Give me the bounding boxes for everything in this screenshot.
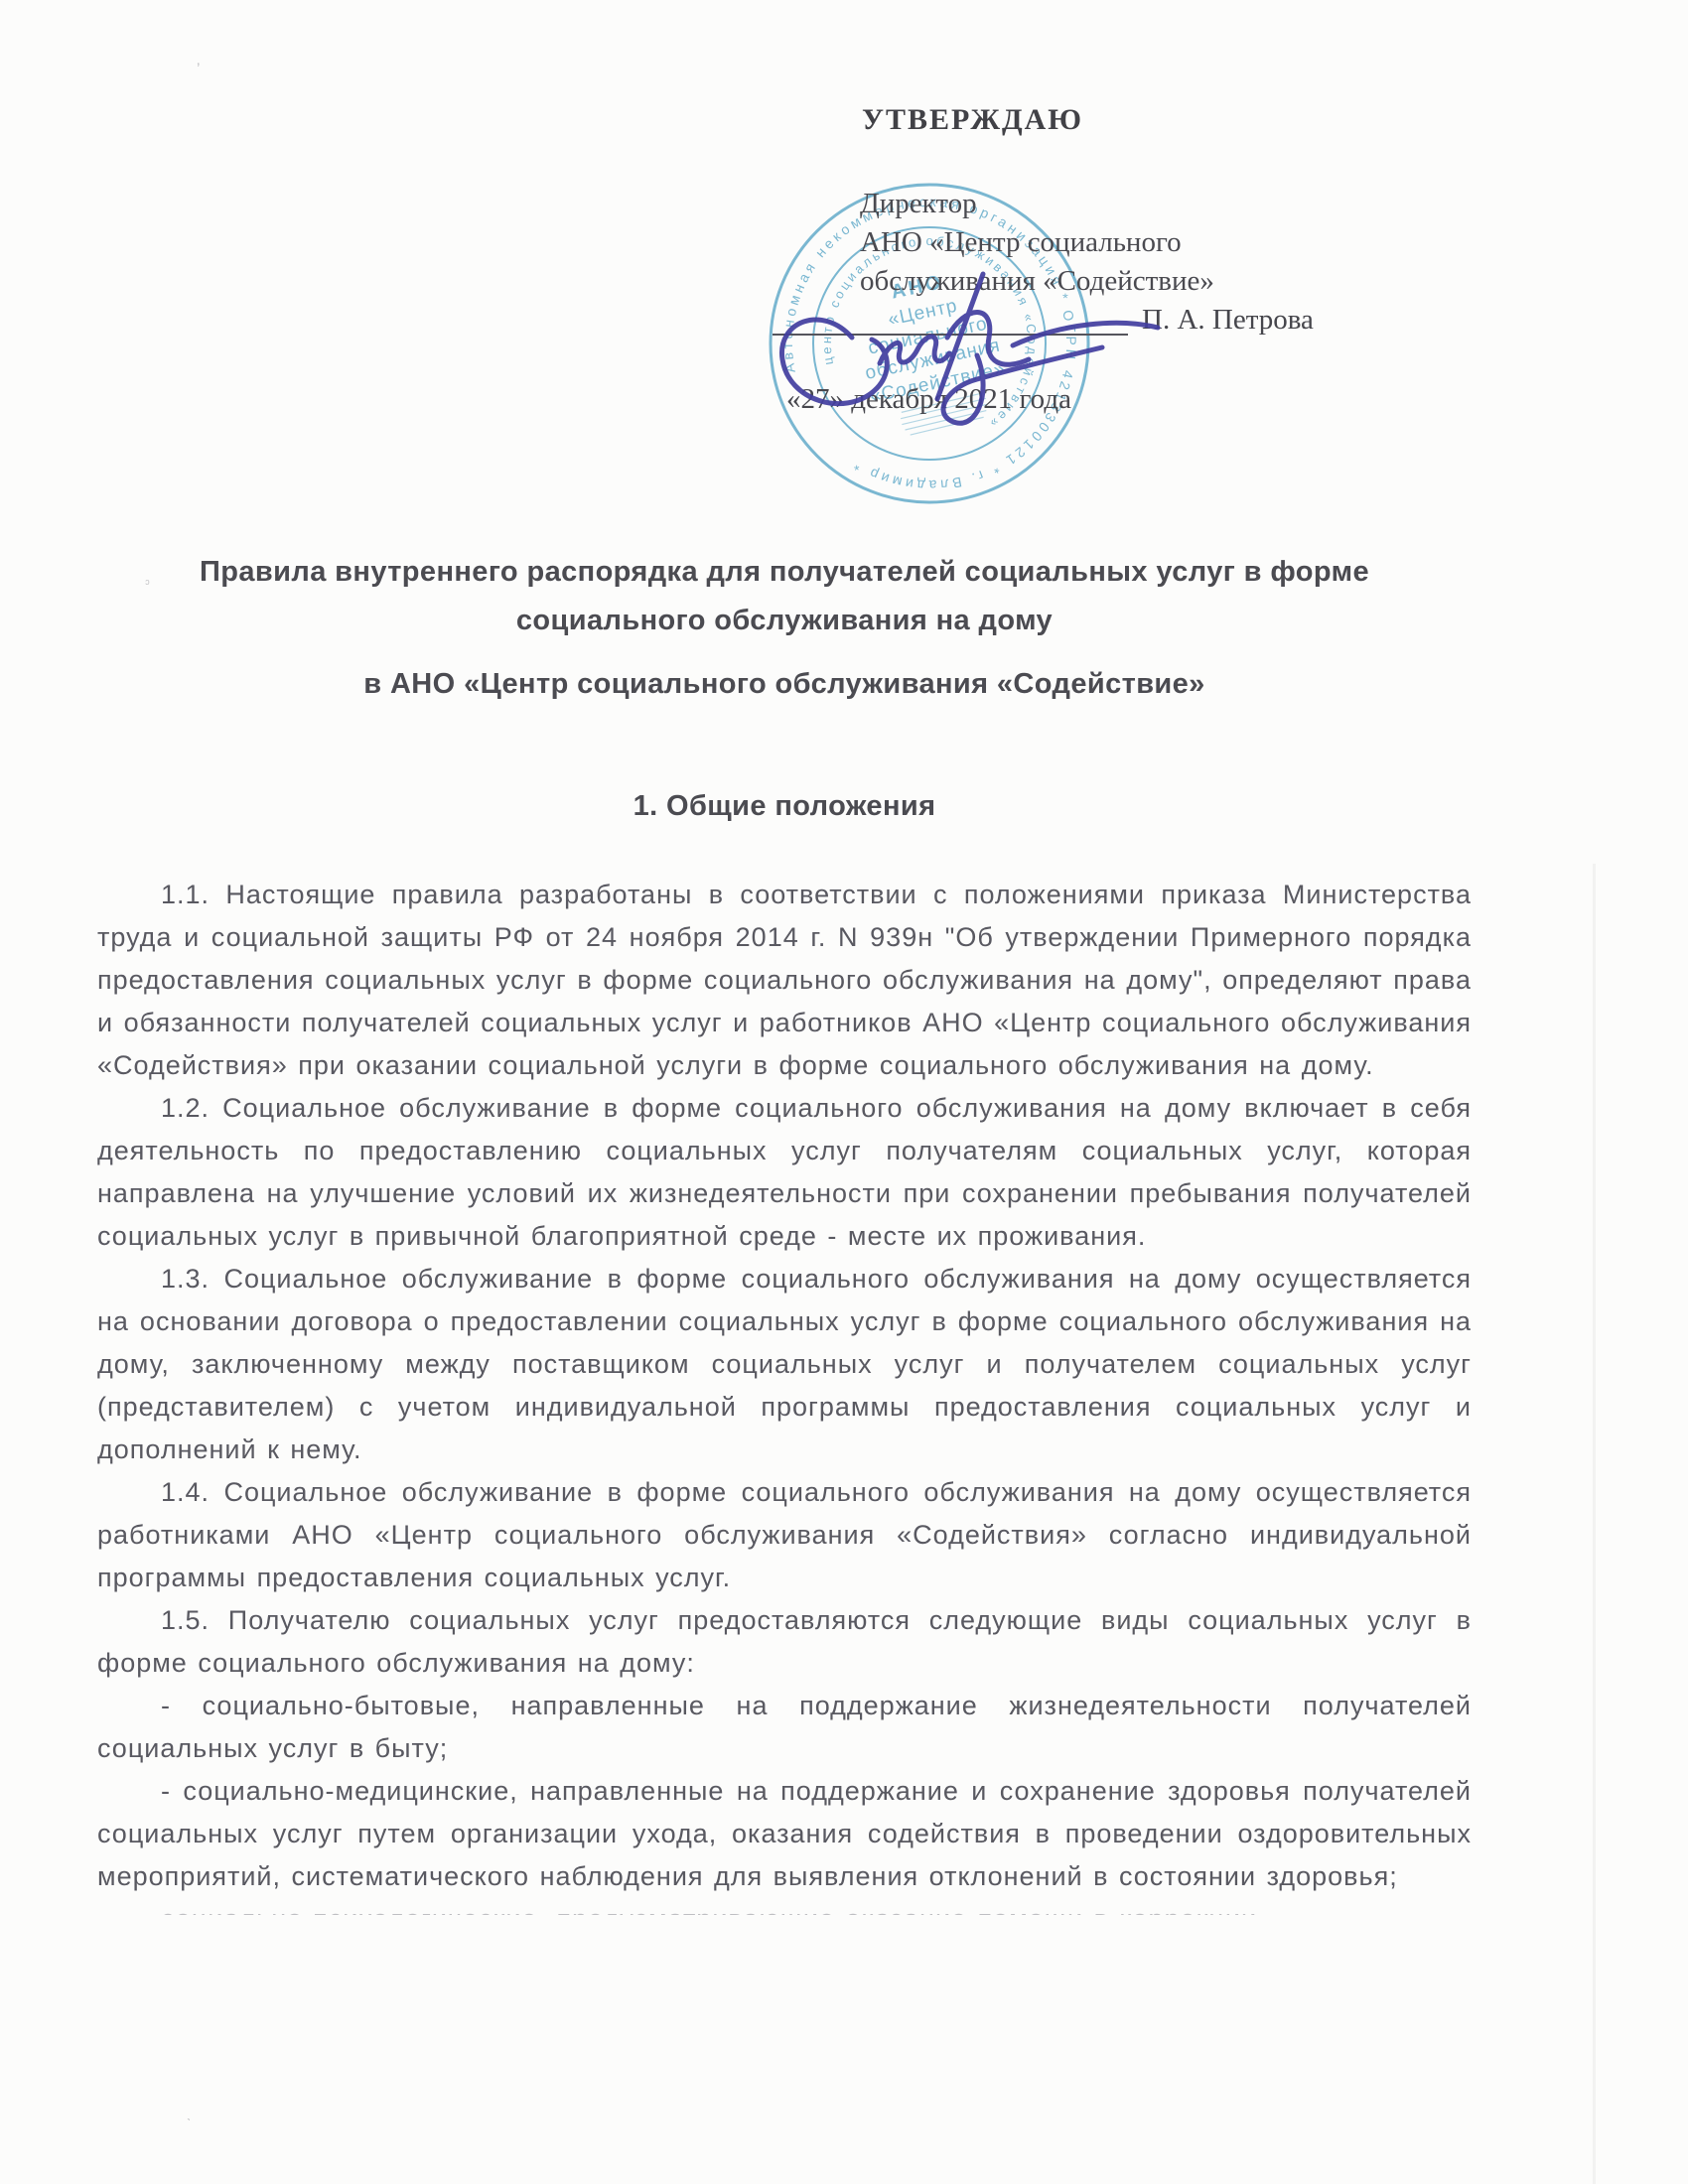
title-line-1: Правила внутреннего распорядка для получ… (97, 548, 1472, 597)
paragraph-1-4: 1.4. Социальное обслуживание в форме соц… (97, 1471, 1472, 1599)
paragraph-1-3: 1.3. Социальное обслуживание в форме соц… (97, 1258, 1472, 1471)
clipped-bottom-line-wrap: социально-психологические, предусматрива… (97, 1898, 1472, 1915)
document-page: ʼ ᵓ ˎ Автономная некоммерческая организа… (0, 0, 1688, 2184)
title-line-3: в АНО «Центр социального обслуживания «С… (97, 660, 1472, 709)
approval-line-director: Директор (860, 185, 1214, 223)
scan-streak-artifact (1593, 864, 1596, 2184)
paragraph-1-5: 1.5. Получателю социальных услуг предост… (97, 1599, 1472, 1685)
scan-speck: ˎ (187, 2105, 192, 2120)
bullet-social-household: - социально-бытовые, направленные на под… (97, 1685, 1472, 1770)
signature-ink (753, 260, 1180, 459)
bullet-social-medical: - социально-медицинские, направленные на… (97, 1770, 1472, 1898)
body-text: 1.1. Настоящие правила разработаны в соо… (97, 874, 1472, 1915)
paragraph-1-2: 1.2. Социальное обслуживание в форме соц… (97, 1087, 1472, 1258)
section-heading: 1. Общие положения (97, 790, 1472, 823)
document-title: Правила внутреннего распорядка для получ… (97, 548, 1472, 709)
scan-speck: ʼ (197, 62, 201, 79)
approval-line-org-1: АНО «Центр социального (860, 223, 1214, 262)
approval-heading: УТВЕРЖДАЮ (862, 103, 1083, 137)
title-line-2: социального обслуживания на дому (97, 597, 1472, 645)
paragraph-1-1: 1.1. Настоящие правила разработаны в соо… (97, 874, 1472, 1087)
clipped-bottom-line: социально-психологические, предусматрива… (97, 1898, 1472, 1915)
